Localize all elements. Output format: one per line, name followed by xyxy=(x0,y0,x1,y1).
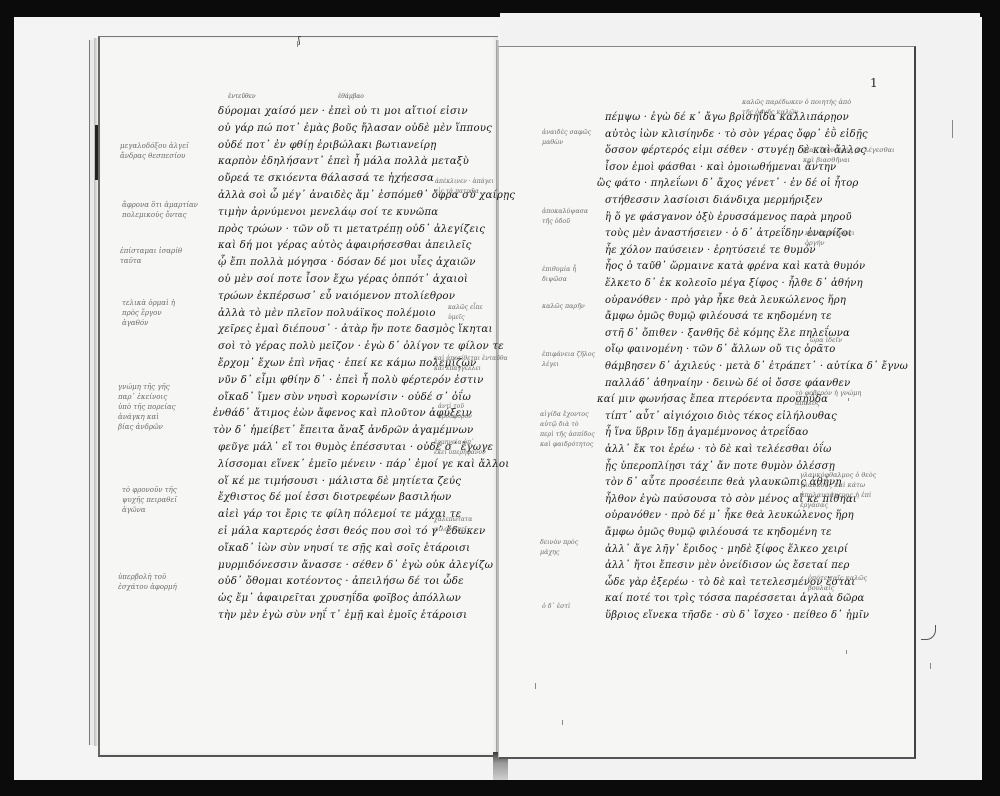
marginal-note: χαλεπώτατα φιλονεικεῖ xyxy=(434,515,472,535)
text-line: ᾗς ὑπεροπλίῃσι τάχ᾽ ἄν ποτε θυμὸν ὀλέσσῃ xyxy=(605,461,805,472)
text-line: εἰ μάλα καρτερός ἐσσι θεός που σοὶ τό γ᾽… xyxy=(218,526,463,537)
header-gloss: ἐντεῦθεν xyxy=(228,93,256,100)
text-line: ἶσον ἐμοὶ φάσθαι · καὶ ὁμοιωθήμεναι ἄντη… xyxy=(605,162,805,173)
text-line: στήθεσσιν λασίοισι διάνδιχα μερμήριξεν xyxy=(605,195,805,206)
marginal-scholion: ἐπιθυμία ἦ διψῶσα xyxy=(542,265,576,285)
text-line: ἄμφω ὁμῶς θυμῷ φιλέουσά τε κηδομένη τε xyxy=(605,527,805,538)
text-line: ἔχθιστος δέ μοί ἐσσι διοτρεφέων βασιλήων xyxy=(218,492,451,503)
ink-speck xyxy=(930,663,931,669)
text-line: οὐρανόθεν · πρὸ γὰρ ἧκε θεὰ λευκώλενος ἥ… xyxy=(605,295,805,306)
marginal-scholion: γλαυκόφθαλμος ὁ θεὸς γλαυκοὺς καὶ κάτω ἀ… xyxy=(800,470,876,510)
marginal-scholion: ἀποκαλύψασα τῆς ὁδοῦ xyxy=(542,207,588,227)
text-line: ἀλλ᾽ ἤτοι ἔπεσιν μὲν ὀνείδισον ὡς ἔσεταί… xyxy=(605,560,805,571)
text-line: καὶ δή μοι γέρας αὐτὸς ἀφαιρήσεσθαι ἀπει… xyxy=(218,240,463,251)
text-line: ἢ ὅ γε φάσγανον ὀξὺ ἐρυσσάμενος παρὰ μηρ… xyxy=(605,212,805,223)
ink-speck xyxy=(562,720,563,725)
ink-speck xyxy=(297,41,298,47)
ink-speck xyxy=(846,650,847,654)
text-line: ἦ ἵνα ὕβριν ἴδῃ ἀγαμέμνονος ἀτρεΐδαο xyxy=(605,427,805,438)
marginal-scholion: τελικὰ ὁρμαὶ ἡ πρὸς ἔργον ἀγαθόν xyxy=(122,298,175,328)
text-line: ἕλκετο δ᾽ ἐκ κολεοῖο μέγα ξίφος · ἦλθε δ… xyxy=(605,278,805,289)
text-line: στῆ δ᾽ ὄπιθεν · ξανθῆς δὲ κόμης ἕλε πηλε… xyxy=(605,328,805,339)
text-line: φεῦγε μάλ᾽ εἴ τοι θυμὸς ἐπέσσυται · οὐδέ… xyxy=(218,442,463,453)
text-line: τὸν δ᾽ αὖτε προσέειπε θεὰ γλαυκῶπις ἀθήν… xyxy=(605,477,805,488)
marginal-scholion: καλῶς παρῆν xyxy=(542,302,585,312)
text-line: τὴν μὲν ἐγὼ σὺν νηΐ τ᾽ ἐμῇ καὶ ἐμοῖς ἑτά… xyxy=(218,610,463,621)
text-line: ὕβριος εἵνεκα τῆσδε · σὺ δ᾽ ἴσχεο · πείθ… xyxy=(605,610,805,621)
text-line: ἀλλ᾽ ἄγε λῆγ᾽ ἔριδος · μηδὲ ξίφος ἕλκεο … xyxy=(605,544,805,555)
marginal-scholion: ὁ δ᾽ ἐστὶ xyxy=(542,602,570,612)
marginal-scholion: ἄφρονα ὅτι ἀμαρτίαν πολεμικοὺς ὄντας xyxy=(122,200,198,220)
marginal-note: ἀντὶ τοῦ πρόσφορον xyxy=(438,402,472,422)
text-line: ἦλθον ἐγὼ παύσουσα τὸ σὸν μένος αἴ κε πί… xyxy=(605,494,805,505)
text-line: νῦν δ᾽ εἶμι φθίην δ᾽ · ἐπεὶ ἦ πολὺ φέρτε… xyxy=(218,375,463,386)
text-line: τρώων ἐκπέρσωσ᾽ εὖ ναιόμενον πτολίεθρον xyxy=(218,291,455,302)
text-line: οἴκαδ᾽ ἰὼν σὺν νηυσί τε σῇς καὶ σοῖς ἑτά… xyxy=(218,543,463,554)
ink-speck xyxy=(535,683,536,689)
text-line: οὐδ᾽ ὄθομαι κοτέοντος · ἀπειλήσω δέ τοι … xyxy=(218,576,463,587)
marginal-scholion: δεινὸν πρὸς μάχης xyxy=(540,538,578,558)
marginal-scholion: ἀναιδὲς σαφῶς μαθὼν xyxy=(542,128,591,148)
marginal-scholion: ὑπερβολὴ τοῦ ἐσχάτου ἀφορμή xyxy=(118,572,177,592)
text-line: τὸν δ᾽ ἠμείβετ᾽ ἔπειτα ἄναξ ἀνδρῶν ἀγαμέ… xyxy=(213,425,458,436)
marginal-note: ἑρμηνεία ὑπ᾽ ἐκεῖ ὑπερήφανον xyxy=(434,438,486,458)
text-line: ἦε χόλον παύσειεν · ἐρητύσειέ τε θυμόν xyxy=(605,245,805,256)
text-line: ἀλλ᾽ ἔκ τοι ἐρέω · τὸ δὲ καὶ τελέεσθαι ὀ… xyxy=(605,444,805,455)
text-line: καί μιν φωνήσας ἔπεα πτερόεντα προσηύδα xyxy=(597,394,797,405)
text-line: ὅσσον φέρτερός εἰμι σέθεν · στυγέῃ δὲ κα… xyxy=(605,145,805,156)
marginal-scholion: τὸ φοβερὸν ἡ γνώμη ἀπαλὸς xyxy=(795,388,861,408)
marginal-scholion: ἐπίσταμαι ἰσαρίθ ταῦτα xyxy=(120,246,182,266)
header-gloss: ἐθάμβαο xyxy=(338,93,364,100)
marginal-scholion: μεγαλοδόξου ἀλγεῖ ἄνδρας θεσπεσίου xyxy=(120,141,189,161)
marginal-scholion: ἐπιφάνεια ζῆλος λέγει xyxy=(542,350,595,370)
ink-speck xyxy=(848,398,849,401)
text-line: τιμὴν ἀρνύμενοι μενελάῳ σοί τε κυνῶπα xyxy=(218,207,438,218)
marginal-note: ἀπέκλινεν · ἀπάγει εἰς τὰ πατρῷα xyxy=(435,177,494,197)
text-line: λίσσομαι εἵνεκ᾽ ἐμεῖο μένειν · πάρ᾽ ἐμοί… xyxy=(218,459,463,470)
marginal-scholion: γνώμη τῆς γῆς παρ᾽ ἐκείνοις ὑπὸ τῆς πορε… xyxy=(118,382,176,432)
text-line: πρὸς τρώων · τῶν οὔ τι μετατρέπῃ οὐδ᾽ ἀλ… xyxy=(218,224,463,235)
ink-speck xyxy=(952,120,953,138)
text-line: οὐρανόθεν · πρὸ δέ μ᾽ ἧκε θεὰ λευκώλενος… xyxy=(605,510,805,521)
text-line: οἴῳ φαινομένη · τῶν δ᾽ ἄλλων οὔ τις ὁρᾶτ… xyxy=(605,344,805,355)
marginal-scholion: αἰγίδα ἔχοντος αὐτῷ διὰ τὸ περὶ τῆς ἀσπί… xyxy=(540,410,595,450)
text-line: δύρομαι χαίσό μεν · ἐπεὶ οὐ τι μοι αἴτιο… xyxy=(218,106,463,117)
text-line: ἐνθάδ᾽ ἄτιμος ἐὼν ἄφενος καὶ πλοῦτον ἀφύ… xyxy=(213,408,458,419)
text-line: ὣς φάτο · πηλεΐωνι δ᾽ ἄχος γένετ᾽ · ἐν δ… xyxy=(597,178,797,189)
text-line: ἀλλὰ σοὶ ὦ μέγ᾽ ἀναιδὲς ἅμ᾽ ἑσπόμεθ᾽ ὄφρ… xyxy=(218,190,463,201)
text-line: θάμβησεν δ᾽ ἀχιλεύς · μετὰ δ᾽ ἐτράπετ᾽ ·… xyxy=(605,361,805,372)
text-line: ἔρχομ᾽ ἔχων ἐπὶ νῆας · ἐπεί κε κάμω πολε… xyxy=(218,358,463,369)
marginal-scholion: καὶ ἐπιστρέφει ὀργήν xyxy=(805,228,855,248)
text-line: ἄμφω ὁμῶς θυμῷ φιλέουσά τε κηδομένη τε xyxy=(605,311,805,322)
marginal-scholion: ὥρα ἰδεῖν xyxy=(810,335,842,345)
text-line: οὐ μὲν σοί ποτε ἶσον ἔχω γέρας ὁππότ᾽ ἀχ… xyxy=(218,274,463,285)
folio-number: 1 xyxy=(870,76,878,90)
text-line: τίπτ᾽ αὖτ᾽ αἰγιόχοιο διὸς τέκος εἰλήλουθ… xyxy=(605,411,805,422)
text-line: καρπὸν ἐδηλήσαντ᾽ ἐπεὶ ἦ μάλα πολλὰ μετα… xyxy=(218,156,463,167)
text-line: ὡς ἔμ᾽ ἀφαιρεῖται χρυσηΐδα φοῖβος ἀπόλλω… xyxy=(218,593,461,604)
top-mark: ʃ xyxy=(298,36,300,46)
text-line: μυρμιδόνεσσιν ἄνασσε · σέθεν δ᾽ ἐγὼ οὐκ … xyxy=(218,560,463,571)
marginal-note: καὶ ἀποτίθεται ἐνταῦθα καὶ ἐπαγγέλλει xyxy=(434,354,508,374)
text-line: αἰεὶ γάρ τοι ἔρις τε φίλη πόλεμοί τε μάχ… xyxy=(218,509,461,520)
text-line: παλλάδ᾽ ἀθηναίην · δεινὼ δέ οἱ ὄσσε φάαν… xyxy=(605,378,805,389)
text-line: χεῖρες ἐμαὶ διέπουσ᾽ · ἀτὰρ ἤν ποτε δασμ… xyxy=(218,324,463,335)
text-line: αὐτὸς ἰὼν κλισίηνδε · τὸ σὸν γέρας ὄφρ᾽ … xyxy=(605,129,805,140)
marginal-scholion: ὁπότε ταῖς καλῶς βουλαῖς xyxy=(808,573,867,593)
text-line: καί ποτέ τοι τρὶς τόσσα παρέσσεται ἀγλαὰ… xyxy=(605,593,805,604)
text-line: οὐδέ ποτ᾽ ἐν φθίῃ ἐριβώλακι βωτιανείρῃ xyxy=(218,140,436,151)
text-line: τοὺς μὲν ἀναστήσειεν · ὁ δ᾽ ἀτρεΐδην ἐνα… xyxy=(605,228,805,239)
text-line: πέμψω · ἐγὼ δέ κ᾽ ἄγω βρισηΐδα καλλιπάρῃ… xyxy=(605,112,805,123)
text-line: σοὶ τὸ γέρας πολὺ μεῖζον · ἐγὼ δ᾽ ὀλίγον… xyxy=(218,341,463,352)
marginal-scholion: βία · ἴσον πρὸς με λέγεσθαι καὶ βιασθῆνα… xyxy=(803,145,895,165)
text-line: οἴκαδ᾽ ἴμεν σὺν νηυσὶ κορωνίσιν · οὐδέ σ… xyxy=(218,392,463,403)
text-line: ἧος ὁ ταῦθ᾽ ὥρμαινε κατὰ φρένα καὶ κατὰ … xyxy=(605,261,805,272)
text-line: ᾧ ἔπι πολλὰ μόγησα · δόσαν δέ μοι υἷες ἀ… xyxy=(218,257,463,268)
text-line: οὐ γάρ πώ ποτ᾽ ἐμὰς βοῦς ἤλασαν οὐδὲ μὲν… xyxy=(218,123,463,134)
text-line: οἵ κέ με τιμήσουσι · μάλιστα δὲ μητίετα … xyxy=(218,476,461,487)
text-line: οὔρεά τε σκιόεντα θάλασσά τε ἠχήεσσα xyxy=(218,173,434,184)
marginal-scholion: τὸ φρονοῦν τῆς ψυχῆς πειραθεῖ ἀγῶνα xyxy=(122,485,177,515)
text-line: ἀλλὰ τὸ μὲν πλεῖον πολυάϊκος πολέμοιο xyxy=(218,308,436,319)
text-line: ὧδε γὰρ ἐξερέω · τὸ δὲ καὶ τετελεσμένον … xyxy=(605,577,805,588)
marginal-note: καλῶς εἶπε ὑμεῖς xyxy=(448,303,483,323)
